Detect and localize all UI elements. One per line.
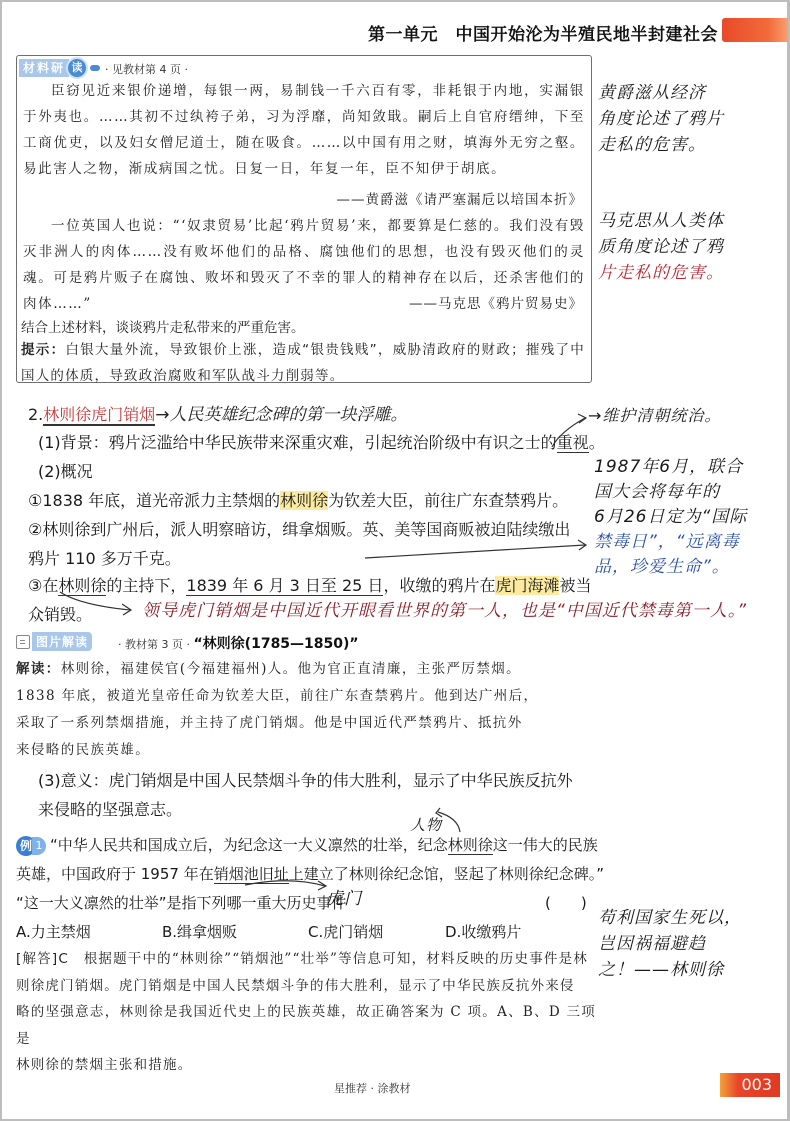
margin-note-drug-day: 1987年6月，联合 国大会将每年的 6月26日定为“国际 禁毒日”，“远离毒 … [594, 455, 790, 580]
example-underlined: 销烟池旧址 [214, 865, 289, 884]
section-annotation: →人民英雄纪念碑的第一块浮雕。 [155, 405, 407, 425]
option-d[interactable]: D.收缴鸦片 [445, 921, 521, 942]
background-line: (1)背景：鸦片泛滥给中华民族带来深重灾难，引起统治阶级中有识之士的重视。 [38, 430, 605, 453]
item3-text-a: ③在 [28, 576, 58, 595]
option-c[interactable]: C.虎门销烟 [308, 921, 383, 942]
page-header: 第一单元 中国开始沦为半殖民地半封建社会 [360, 18, 780, 48]
red-handwritten-note: 领导虎门销烟是中国近代开眼看世界的第一人，也是“中国近代禁毒第一人。” [142, 598, 747, 624]
answer-line: 略的坚强意志，林则徐是我国近代史上的民族英雄，故正确答案为 C 项。A、B、D … [16, 999, 596, 1052]
picture-badge-label: 图片解读 [32, 632, 92, 651]
note-line: 片走私的危害。 [598, 260, 788, 286]
example-text: 上建立了林则徐纪念馆，竖起了林则徐纪念碑。” [289, 865, 604, 883]
badge-dot-icon [90, 65, 100, 71]
note-line: 岂因祸福避趋 [598, 931, 788, 957]
item1-highlight: 林则徐 [280, 491, 328, 510]
item1-text-b: 为钦差大臣，前往广东查禁鸦片。 [328, 491, 568, 510]
picture-ref-text: · 教材第 3 页 · [118, 638, 190, 651]
material-badge-circle: 读 [66, 57, 88, 79]
item3-text-c: ，收缴的鸦片在 [383, 576, 495, 595]
note-line: 之！——林则徐 [598, 957, 788, 983]
page-number: 003 [720, 1073, 780, 1097]
overview-label: (2)概况 [38, 459, 93, 482]
example-text: “中华人民共和国成立后，为纪念这一大义凛然的壮举，纪念 [50, 836, 448, 854]
item1-text-a: ①1838 年底，道光帝派力主禁烟的 [28, 491, 280, 510]
example-line1: 例1“中华人民共和国成立后，为纪念这一大义凛然的壮举，纪念林则徐这一伟大的民族 [16, 834, 598, 856]
background-end: 。 [589, 433, 605, 452]
book-icon [16, 635, 30, 649]
picture-reading-label: 解读： [16, 661, 61, 677]
picture-reading-badge: 图片解读 [16, 632, 92, 651]
overview-item-3-line2: 众销毁。 [28, 602, 92, 625]
note-line: 马克思从人类体 [598, 208, 788, 234]
section-number: 2. [28, 405, 43, 424]
note-line: 走私的危害。 [598, 132, 788, 158]
answer-letter: C [58, 951, 69, 967]
picture-text-line: 1838 年底，被道光皇帝任命为钦差大臣，前往广东查禁鸦片。他到达广州后， [16, 683, 596, 710]
picture-caption: “林则徐(1785—1850)” [193, 636, 358, 652]
significance-line2: 来侵略的坚强意志。 [38, 797, 182, 820]
overview-item-3: ③在林则徐的主持下，1839 年 6 月 3 日至 25 日，收缴的鸦片在虎门海… [28, 573, 591, 596]
note-line: 苟利国家生死以， [598, 905, 788, 931]
picture-reference: · 教材第 3 页 · “林则徐(1785—1850)” [118, 633, 359, 653]
answer-line: 则徐虎门销烟。虎门销烟是中国人民禁烟斗争的伟大胜利，显示了中华民族反抗外来侵 [16, 973, 596, 1000]
material-badge-label: 材料研 [19, 59, 69, 77]
material-reading-box: 材料研 读 · 见教材第 4 页 · 臣窃见近来银价递增，每银一两，易制钱一千六… [16, 55, 592, 383]
overview-item-1: ①1838 年底，道光帝派力主禁烟的林则徐为钦差大臣，前往广东查禁鸦片。 [28, 488, 568, 511]
hint-label: 提示： [21, 342, 65, 358]
material-source-1: ——黄爵滋《请严塞漏卮以培国本折》 [337, 188, 584, 208]
section-title: 林则徐虎门销烟 [43, 405, 155, 426]
answer-label: [解答] [16, 951, 58, 967]
example-number: 1 [32, 837, 46, 855]
note-line: 1987年6月，联合 [594, 455, 790, 480]
example-text: 英雄，中国政府于 1957 年在 [16, 865, 214, 883]
option-b[interactable]: B.缉拿烟贩 [162, 921, 237, 942]
unit-title: 第一单元 中国开始沦为半殖民地半封建社会 [368, 20, 718, 45]
example-text: 这一伟大的民族 [493, 836, 598, 854]
note-line: 品，珍爱生命”。 [594, 555, 790, 580]
overview-item-2-line2: 鸦片 110 多万千克。 [28, 546, 181, 569]
picture-text-line: 采取了一系列禁烟措施，并主持了虎门销烟。他是中国近代严禁鸦片、抵抗外 [16, 710, 596, 737]
footer-brand: 星推荐 · 涂教材 [334, 1080, 411, 1096]
textbook-reference: · 见教材第 4 页 · [105, 61, 188, 77]
header-color-tab [722, 18, 788, 42]
material-hint: 提示：白银大量外流，导致银价上涨，造成“银贵钱贱”，威胁清政府的财政；摧残了中国… [21, 337, 585, 389]
margin-note-huang: 黄爵滋从经济 角度论述了鸦片 走私的危害。 [598, 80, 788, 158]
background-underlined: 重视 [557, 433, 589, 453]
margin-note-marx: 马克思从人类体 质角度论述了鸦 片走私的危害。 [598, 208, 788, 286]
example-underlined: 林则徐 [448, 836, 493, 855]
picture-text-line: 林则徐，福建侯官(今福建福州)人。他为官正直清廉，主张严厉禁烟。 [61, 661, 521, 677]
note-line: 质角度论述了鸦 [598, 234, 788, 260]
margin-note-quote: 苟利国家生死以， 岂因祸福避趋 之！——林则徐 [598, 905, 788, 983]
item3-underlined-name: 林则徐 [58, 576, 106, 596]
note-line: 6月26日定为“国际 [594, 505, 790, 530]
note-line: 角度论述了鸦片 [598, 106, 788, 132]
note-line: 国大会将每年的 [594, 480, 790, 505]
note-humen: 虎门 [326, 886, 362, 912]
answer-line: 根据题干中的“林则徐”“销烟池”“壮举”等信息可知，材料反映的历史事件是林 [84, 951, 588, 967]
material-passage-1: 臣窃见近来银价递增，每银一两，易制钱一千六百有零，非耗银于内地，实漏银于外夷也。… [23, 78, 585, 182]
item3-underlined-date: 1839 年 6 月 3 日至 25 日 [186, 576, 383, 596]
picture-reading-text: 解读：林则徐，福建侯官(今福建福州)人。他为官正直清廉，主张严厉禁烟。 1838… [16, 656, 596, 764]
material-question: 结合上述材料，谈谈鸦片走私带来的严重危害。 [21, 316, 305, 336]
option-a[interactable]: A.力主禁烟 [16, 921, 91, 942]
hint-text: 白银大量外流，导致银价上涨，造成“银贵钱贱”，威胁清政府的财政；摧残了中国人的体… [21, 342, 585, 384]
significance-line1: (3)意义：虎门销烟是中国人民禁烟斗争的伟大胜利，显示了中华民族反抗外 [38, 768, 573, 791]
item3-text-d: 被当 [559, 576, 591, 595]
item3-highlight: 虎门海滩 [495, 576, 559, 595]
material-source-2: ——马克思《鸦片贸易史》 [409, 292, 583, 312]
material-reading-badge: 材料研 读 [19, 58, 100, 78]
note-line: 禁毒日”，“远离毒 [594, 530, 790, 555]
note-line: 黄爵滋从经济 [598, 80, 788, 106]
section-2-heading: 2.林则徐虎门销烟→人民英雄纪念碑的第一块浮雕。 [28, 400, 408, 425]
example-question: “这一大义凛然的壮举”是指下列哪一重大历史事件 [16, 892, 347, 913]
overview-item-2-line1: ②林则徐到广州后，派人明察暗访，缉拿烟贩。英、美等国商贩被迫陆续缴出 [28, 517, 570, 540]
item3-text-b: 的主持下， [106, 576, 186, 595]
answer-explanation: [解答]C 根据题干中的“林则徐”“销烟池”“壮举”等信息可知，材料反映的历史事… [16, 946, 596, 1079]
answer-blank[interactable]: ( ) [545, 892, 587, 913]
example-line2: 英雄，中国政府于 1957 年在销烟池旧址上建立了林则徐纪念馆，竖起了林则徐纪念… [16, 863, 604, 884]
margin-note-qing-rule: →维护清朝统治。 [588, 403, 721, 429]
answer-line: 林则徐的禁烟主张和措施。 [16, 1052, 596, 1079]
background-text: (1)背景：鸦片泛滥给中华民族带来深重灾难，引起统治阶级中有识之士的 [38, 433, 557, 452]
picture-text-line: 来侵略的民族英雄。 [16, 737, 596, 764]
